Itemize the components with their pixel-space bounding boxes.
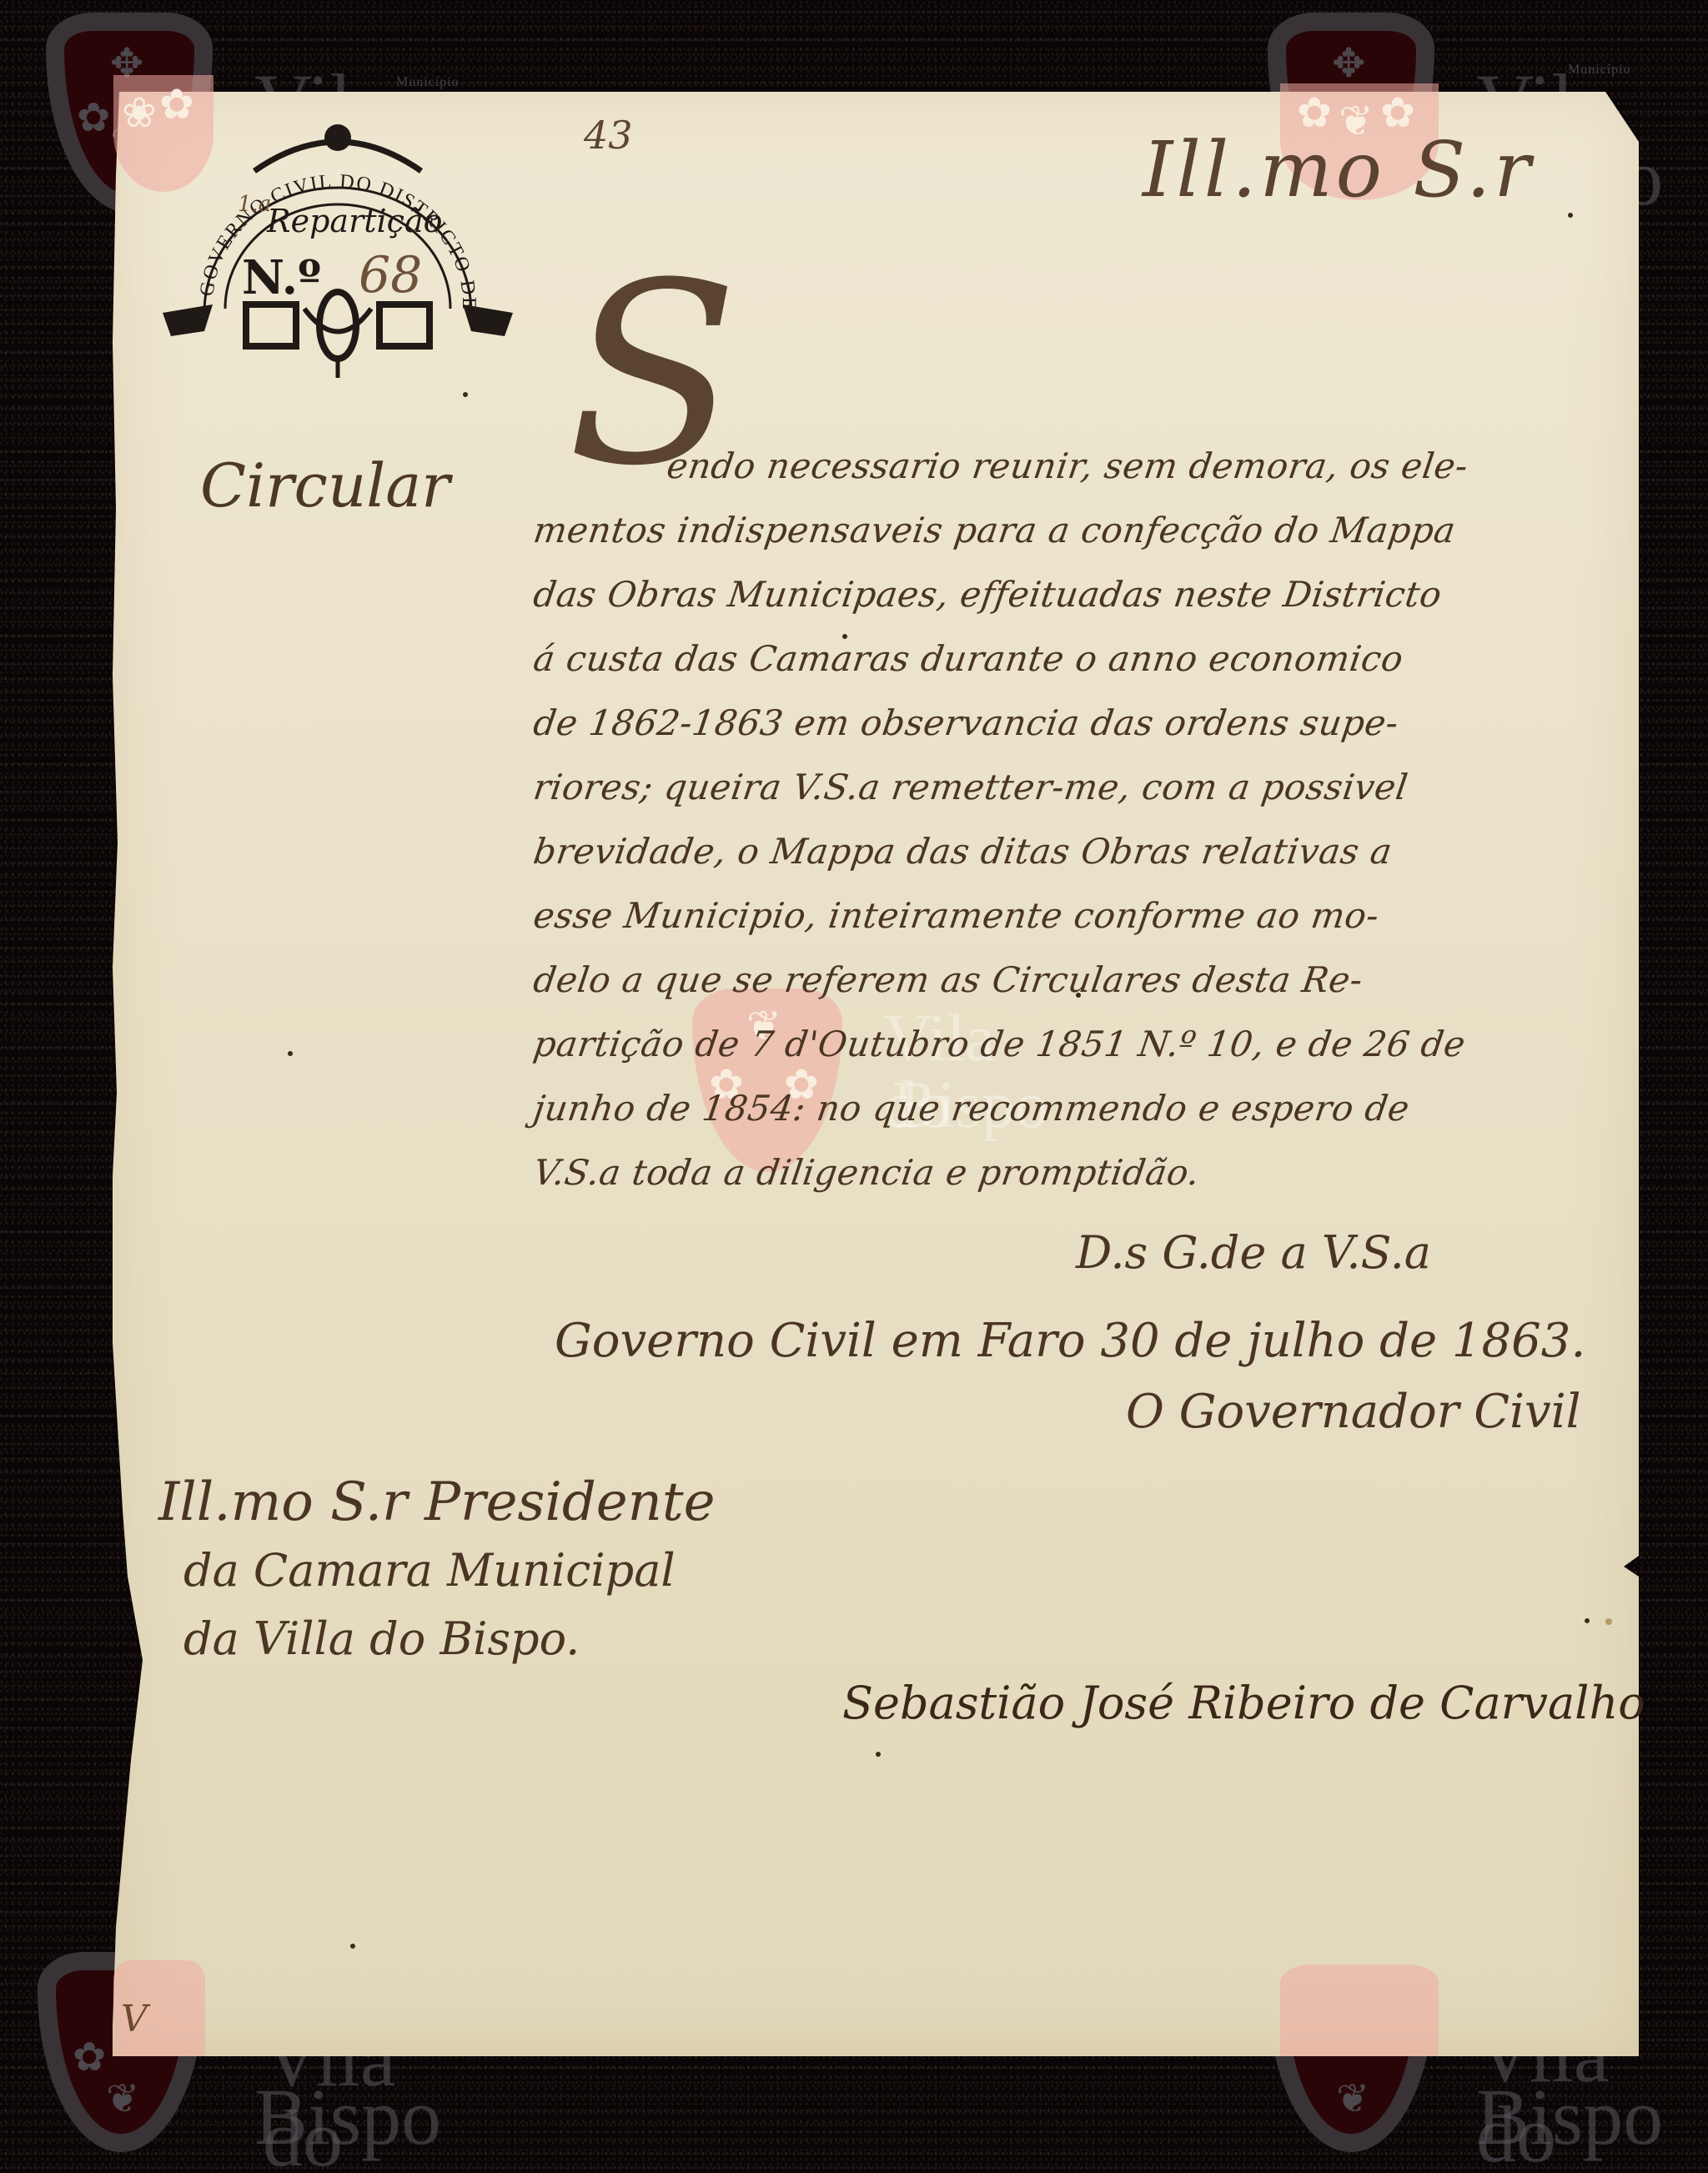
addressee-line: Ill.mo S.r Presidente	[158, 1468, 715, 1537]
body-line: mentos indispensaveis para a confecção d…	[530, 498, 1623, 562]
body-line: das Obras Municipaes, effeituadas neste …	[530, 562, 1623, 626]
foxing-spot	[288, 1051, 293, 1056]
foxing-spot	[876, 1752, 881, 1757]
letter-body: endo necessario reunir, sem demora, os e…	[534, 434, 1618, 1205]
body-line: de 1862-1863 em observancia das ordens s…	[530, 691, 1623, 755]
body-line: junho de 1854: no que recommendo e esper…	[530, 1076, 1623, 1140]
foxing-spot	[1568, 213, 1573, 218]
body-line: V.S.a toda a diligencia e promptidão.	[530, 1140, 1623, 1205]
signature: Sebastião José Ribeiro de Carvalho	[842, 1677, 1645, 1729]
document-type-label: Circular	[200, 450, 450, 521]
foxing-spot	[350, 1944, 355, 1949]
stamp-label: Repartição	[267, 203, 442, 239]
body-line: delo a que se referem as Circulares dest…	[530, 948, 1623, 1012]
body-line: partição de 7 d'Outubro de 1851 N.º 10, …	[530, 1012, 1623, 1076]
government-stamp: GOVERNO CIVIL DO DISTRICTO DE FARO 1.a R…	[154, 113, 521, 380]
addressee-block: Ill.mo S.r Presidente da Camara Municipa…	[158, 1468, 715, 1673]
body-line: esse Municipio, inteiramente conforme ao…	[530, 883, 1623, 948]
body-line: riores; queira V.S.a remetter-me, com a …	[530, 755, 1623, 819]
body-line: endo necessario reunir, sem demora, os e…	[530, 434, 1623, 498]
foxing-spot	[842, 634, 847, 639]
salutation-text: Ill.mo S.r	[1143, 125, 1534, 214]
shield-icon	[1280, 1964, 1439, 2056]
body-line: brevidade, o Mappa das ditas Obras relat…	[530, 819, 1623, 883]
margin-mark: V	[121, 1998, 148, 2040]
addressee-line: da Villa do Bispo.	[158, 1605, 715, 1673]
salutation-top: Ill.mo S.r	[1143, 125, 1534, 214]
foxing-spot	[1605, 1618, 1612, 1625]
foxing-spot	[1585, 1618, 1590, 1623]
body-line: á custa das Camaras durante o anno econo…	[530, 626, 1623, 691]
stamp-number-label: N.º	[242, 250, 321, 305]
closing-formula: D.s G.de a V.S.a	[1076, 1226, 1431, 1279]
stamp-number-value: 68	[359, 246, 422, 304]
folio-number: 43	[584, 113, 633, 158]
addressee-line: da Camara Municipal	[158, 1537, 715, 1605]
foxing-spot	[463, 392, 468, 397]
foxing-spot	[1076, 993, 1081, 998]
place-and-date: Governo Civil em Faro 30 de julho de 186…	[555, 1314, 1585, 1368]
signer-title: O Governador Civil	[1126, 1385, 1581, 1439]
